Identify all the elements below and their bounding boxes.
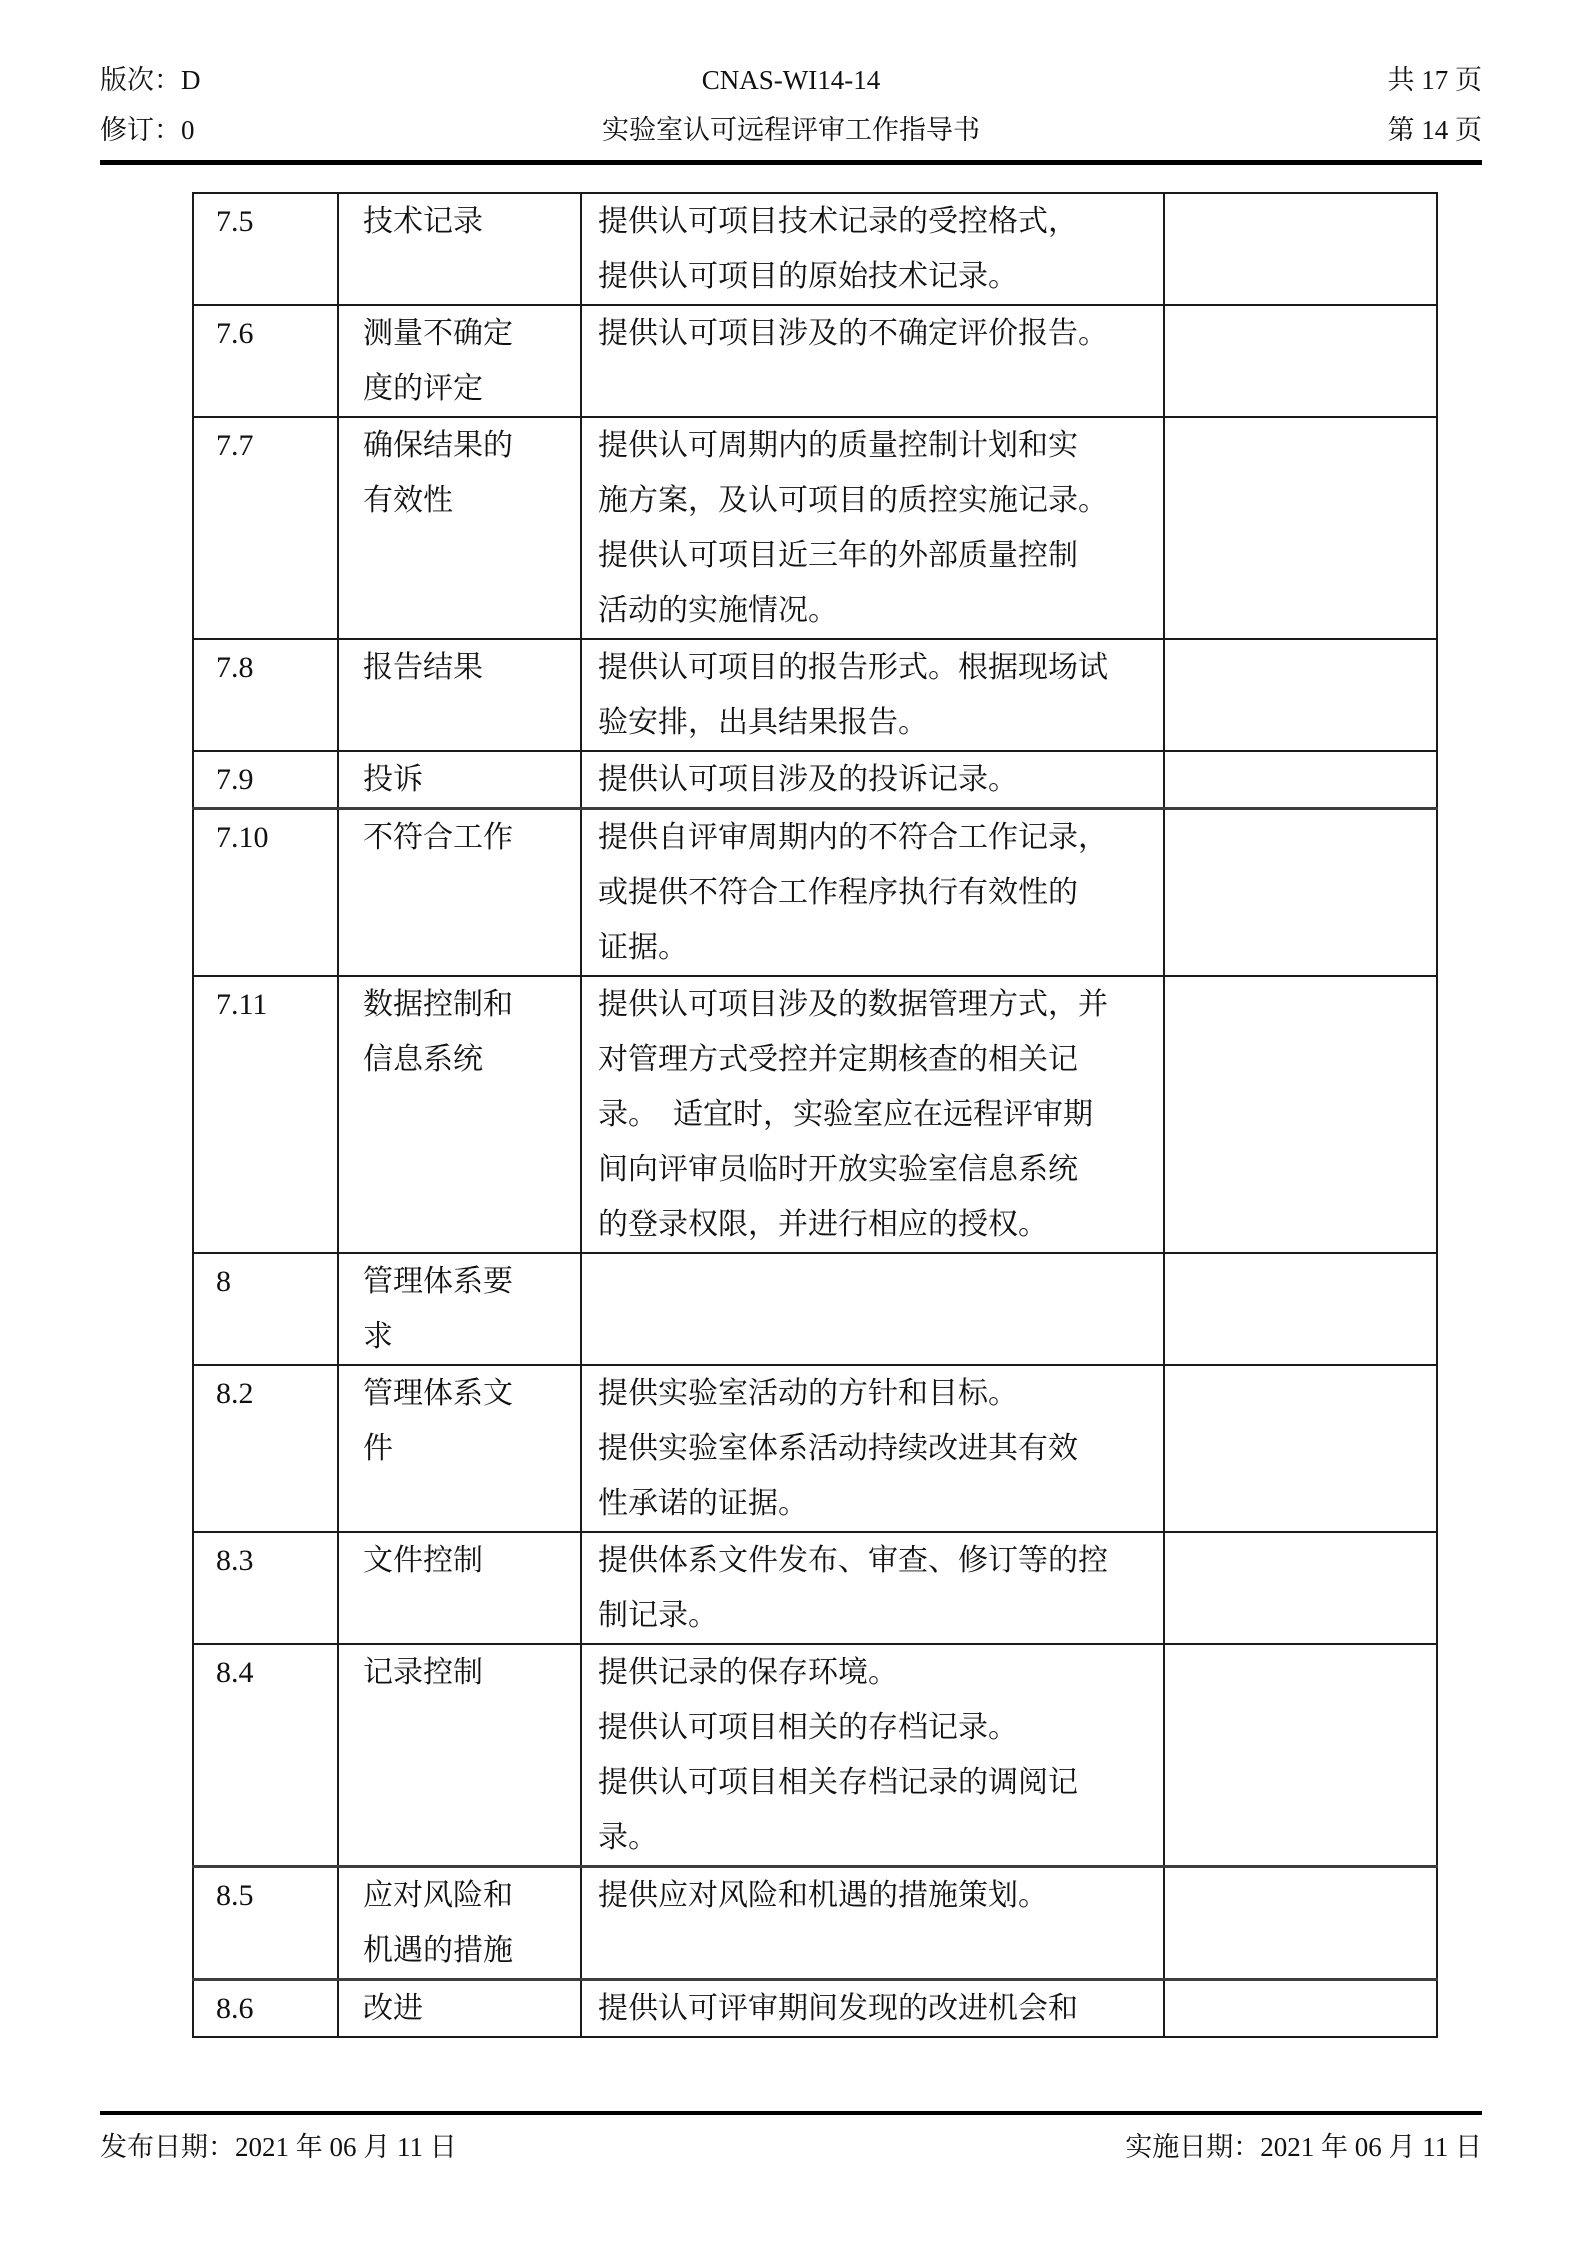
header-right: 共 17 页 第 14 页: [1182, 55, 1482, 155]
implementation-date: 实施日期：2021 年 06 月 11 日: [1125, 2124, 1482, 2170]
row-remark-cell: [1164, 1980, 1437, 2038]
row-name-cell: 确保结果的 有效性: [338, 417, 581, 639]
row-name-cell: 应对风险和 机遇的措施: [338, 1867, 581, 1980]
row-number-cell: 8.5: [193, 1867, 338, 1980]
row-remark-cell: [1164, 193, 1437, 305]
page-footer: 发布日期：2021 年 06 月 11 日 实施日期：2021 年 06 月 1…: [100, 2124, 1482, 2170]
row-remark-cell: [1164, 1365, 1437, 1532]
row-remark-cell: [1164, 1532, 1437, 1644]
row-desc-cell: 提供认可项目涉及的不确定评价报告。: [581, 305, 1164, 417]
row-name-cell: 管理体系文 件: [338, 1365, 581, 1532]
row-name-cell: 数据控制和 信息系统: [338, 976, 581, 1253]
row-number-cell: 8.2: [193, 1365, 338, 1532]
row-remark-cell: [1164, 639, 1437, 751]
row-remark-cell: [1164, 751, 1437, 809]
table-row: 8.6改进提供认可评审期间发现的改进机会和: [193, 1980, 1437, 2038]
row-desc-cell: [581, 1253, 1164, 1365]
table-row: 7.5技术记录提供认可项目技术记录的受控格式， 提供认可项目的原始技术记录。: [193, 193, 1437, 305]
row-desc-cell: 提供认可周期内的质量控制计划和实 施方案，及认可项目的质控实施记录。 提供认可项…: [581, 417, 1164, 639]
row-number-cell: 7.11: [193, 976, 338, 1253]
row-name-cell: 技术记录: [338, 193, 581, 305]
row-remark-cell: [1164, 1253, 1437, 1365]
row-number-cell: 8: [193, 1253, 338, 1365]
row-desc-cell: 提供体系文件发布、审查、修订等的控 制记录。: [581, 1532, 1164, 1644]
row-name-cell: 管理体系要 求: [338, 1253, 581, 1365]
issue-date: 发布日期：2021 年 06 月 11 日: [100, 2124, 457, 2170]
row-name-cell: 报告结果: [338, 639, 581, 751]
row-number-cell: 8.6: [193, 1980, 338, 2038]
row-name-cell: 记录控制: [338, 1644, 581, 1867]
table-row: 8.4记录控制提供记录的保存环境。 提供认可项目相关的存档记录。 提供认可项目相…: [193, 1644, 1437, 1867]
table-row: 8.2管理体系文 件提供实验室活动的方针和目标。 提供实验室体系活动持续改进其有…: [193, 1365, 1437, 1532]
row-desc-cell: 提供实验室活动的方针和目标。 提供实验室体系活动持续改进其有效 性承诺的证据。: [581, 1365, 1164, 1532]
table-row: 7.7确保结果的 有效性提供认可周期内的质量控制计划和实 施方案，及认可项目的质…: [193, 417, 1437, 639]
header-divider: [100, 160, 1482, 165]
table-row: 7.10不符合工作提供自评审周期内的不符合工作记录， 或提供不符合工作程序执行有…: [193, 809, 1437, 977]
row-number-cell: 7.7: [193, 417, 338, 639]
row-remark-cell: [1164, 305, 1437, 417]
table-row: 7.9投诉提供认可项目涉及的投诉记录。: [193, 751, 1437, 809]
row-remark-cell: [1164, 1644, 1437, 1867]
row-desc-cell: 提供认可项目技术记录的受控格式， 提供认可项目的原始技术记录。: [581, 193, 1164, 305]
row-desc-cell: 提供应对风险和机遇的措施策划。: [581, 1867, 1164, 1980]
row-remark-cell: [1164, 809, 1437, 977]
row-name-cell: 文件控制: [338, 1532, 581, 1644]
row-desc-cell: 提供认可项目涉及的投诉记录。: [581, 751, 1164, 809]
version-label: 版次：D: [100, 55, 400, 105]
row-number-cell: 8.3: [193, 1532, 338, 1644]
table-row: 7.11数据控制和 信息系统提供认可项目涉及的数据管理方式，并 对管理方式受控并…: [193, 976, 1437, 1253]
row-number-cell: 7.9: [193, 751, 338, 809]
footer-divider: [100, 2111, 1482, 2115]
document-page: 版次：D 修订：0 CNAS-WI14-14 实验室认可远程评审工作指导书 共 …: [0, 0, 1588, 2245]
total-pages: 共 17 页: [1182, 55, 1482, 105]
row-number-cell: 7.6: [193, 305, 338, 417]
row-desc-cell: 提供认可项目的报告形式。根据现场试 验安排，出具结果报告。: [581, 639, 1164, 751]
table-row: 8.3文件控制提供体系文件发布、审查、修订等的控 制记录。: [193, 1532, 1437, 1644]
table-row: 7.6测量不确定 度的评定提供认可项目涉及的不确定评价报告。: [193, 305, 1437, 417]
row-number-cell: 8.4: [193, 1644, 338, 1867]
row-number-cell: 7.5: [193, 193, 338, 305]
header-left: 版次：D 修订：0: [100, 55, 400, 155]
revision-label: 修订：0: [100, 105, 400, 155]
doc-title: 实验室认可远程评审工作指导书: [400, 105, 1182, 155]
page-header: 版次：D 修订：0 CNAS-WI14-14 实验室认可远程评审工作指导书 共 …: [100, 55, 1482, 155]
row-desc-cell: 提供认可评审期间发现的改进机会和: [581, 1980, 1164, 2038]
table-row: 8.5应对风险和 机遇的措施提供应对风险和机遇的措施策划。: [193, 1867, 1437, 1980]
row-number-cell: 7.10: [193, 809, 338, 977]
doc-code: CNAS-WI14-14: [400, 55, 1182, 105]
header-center: CNAS-WI14-14 实验室认可远程评审工作指导书: [400, 55, 1182, 155]
row-remark-cell: [1164, 417, 1437, 639]
row-name-cell: 改进: [338, 1980, 581, 2038]
row-remark-cell: [1164, 1867, 1437, 1980]
row-desc-cell: 提供认可项目涉及的数据管理方式，并 对管理方式受控并定期核查的相关记 录。 适宜…: [581, 976, 1164, 1253]
row-name-cell: 测量不确定 度的评定: [338, 305, 581, 417]
assessment-requirements-table: 7.5技术记录提供认可项目技术记录的受控格式， 提供认可项目的原始技术记录。7.…: [192, 192, 1438, 2038]
row-name-cell: 不符合工作: [338, 809, 581, 977]
row-name-cell: 投诉: [338, 751, 581, 809]
table-row: 8管理体系要 求: [193, 1253, 1437, 1365]
row-desc-cell: 提供自评审周期内的不符合工作记录， 或提供不符合工作程序执行有效性的 证据。: [581, 809, 1164, 977]
assessment-table-body: 7.5技术记录提供认可项目技术记录的受控格式， 提供认可项目的原始技术记录。7.…: [193, 193, 1437, 2037]
table-row: 7.8报告结果提供认可项目的报告形式。根据现场试 验安排，出具结果报告。: [193, 639, 1437, 751]
row-number-cell: 7.8: [193, 639, 338, 751]
row-desc-cell: 提供记录的保存环境。 提供认可项目相关的存档记录。 提供认可项目相关存档记录的调…: [581, 1644, 1164, 1867]
page-number: 第 14 页: [1182, 105, 1482, 155]
row-remark-cell: [1164, 976, 1437, 1253]
